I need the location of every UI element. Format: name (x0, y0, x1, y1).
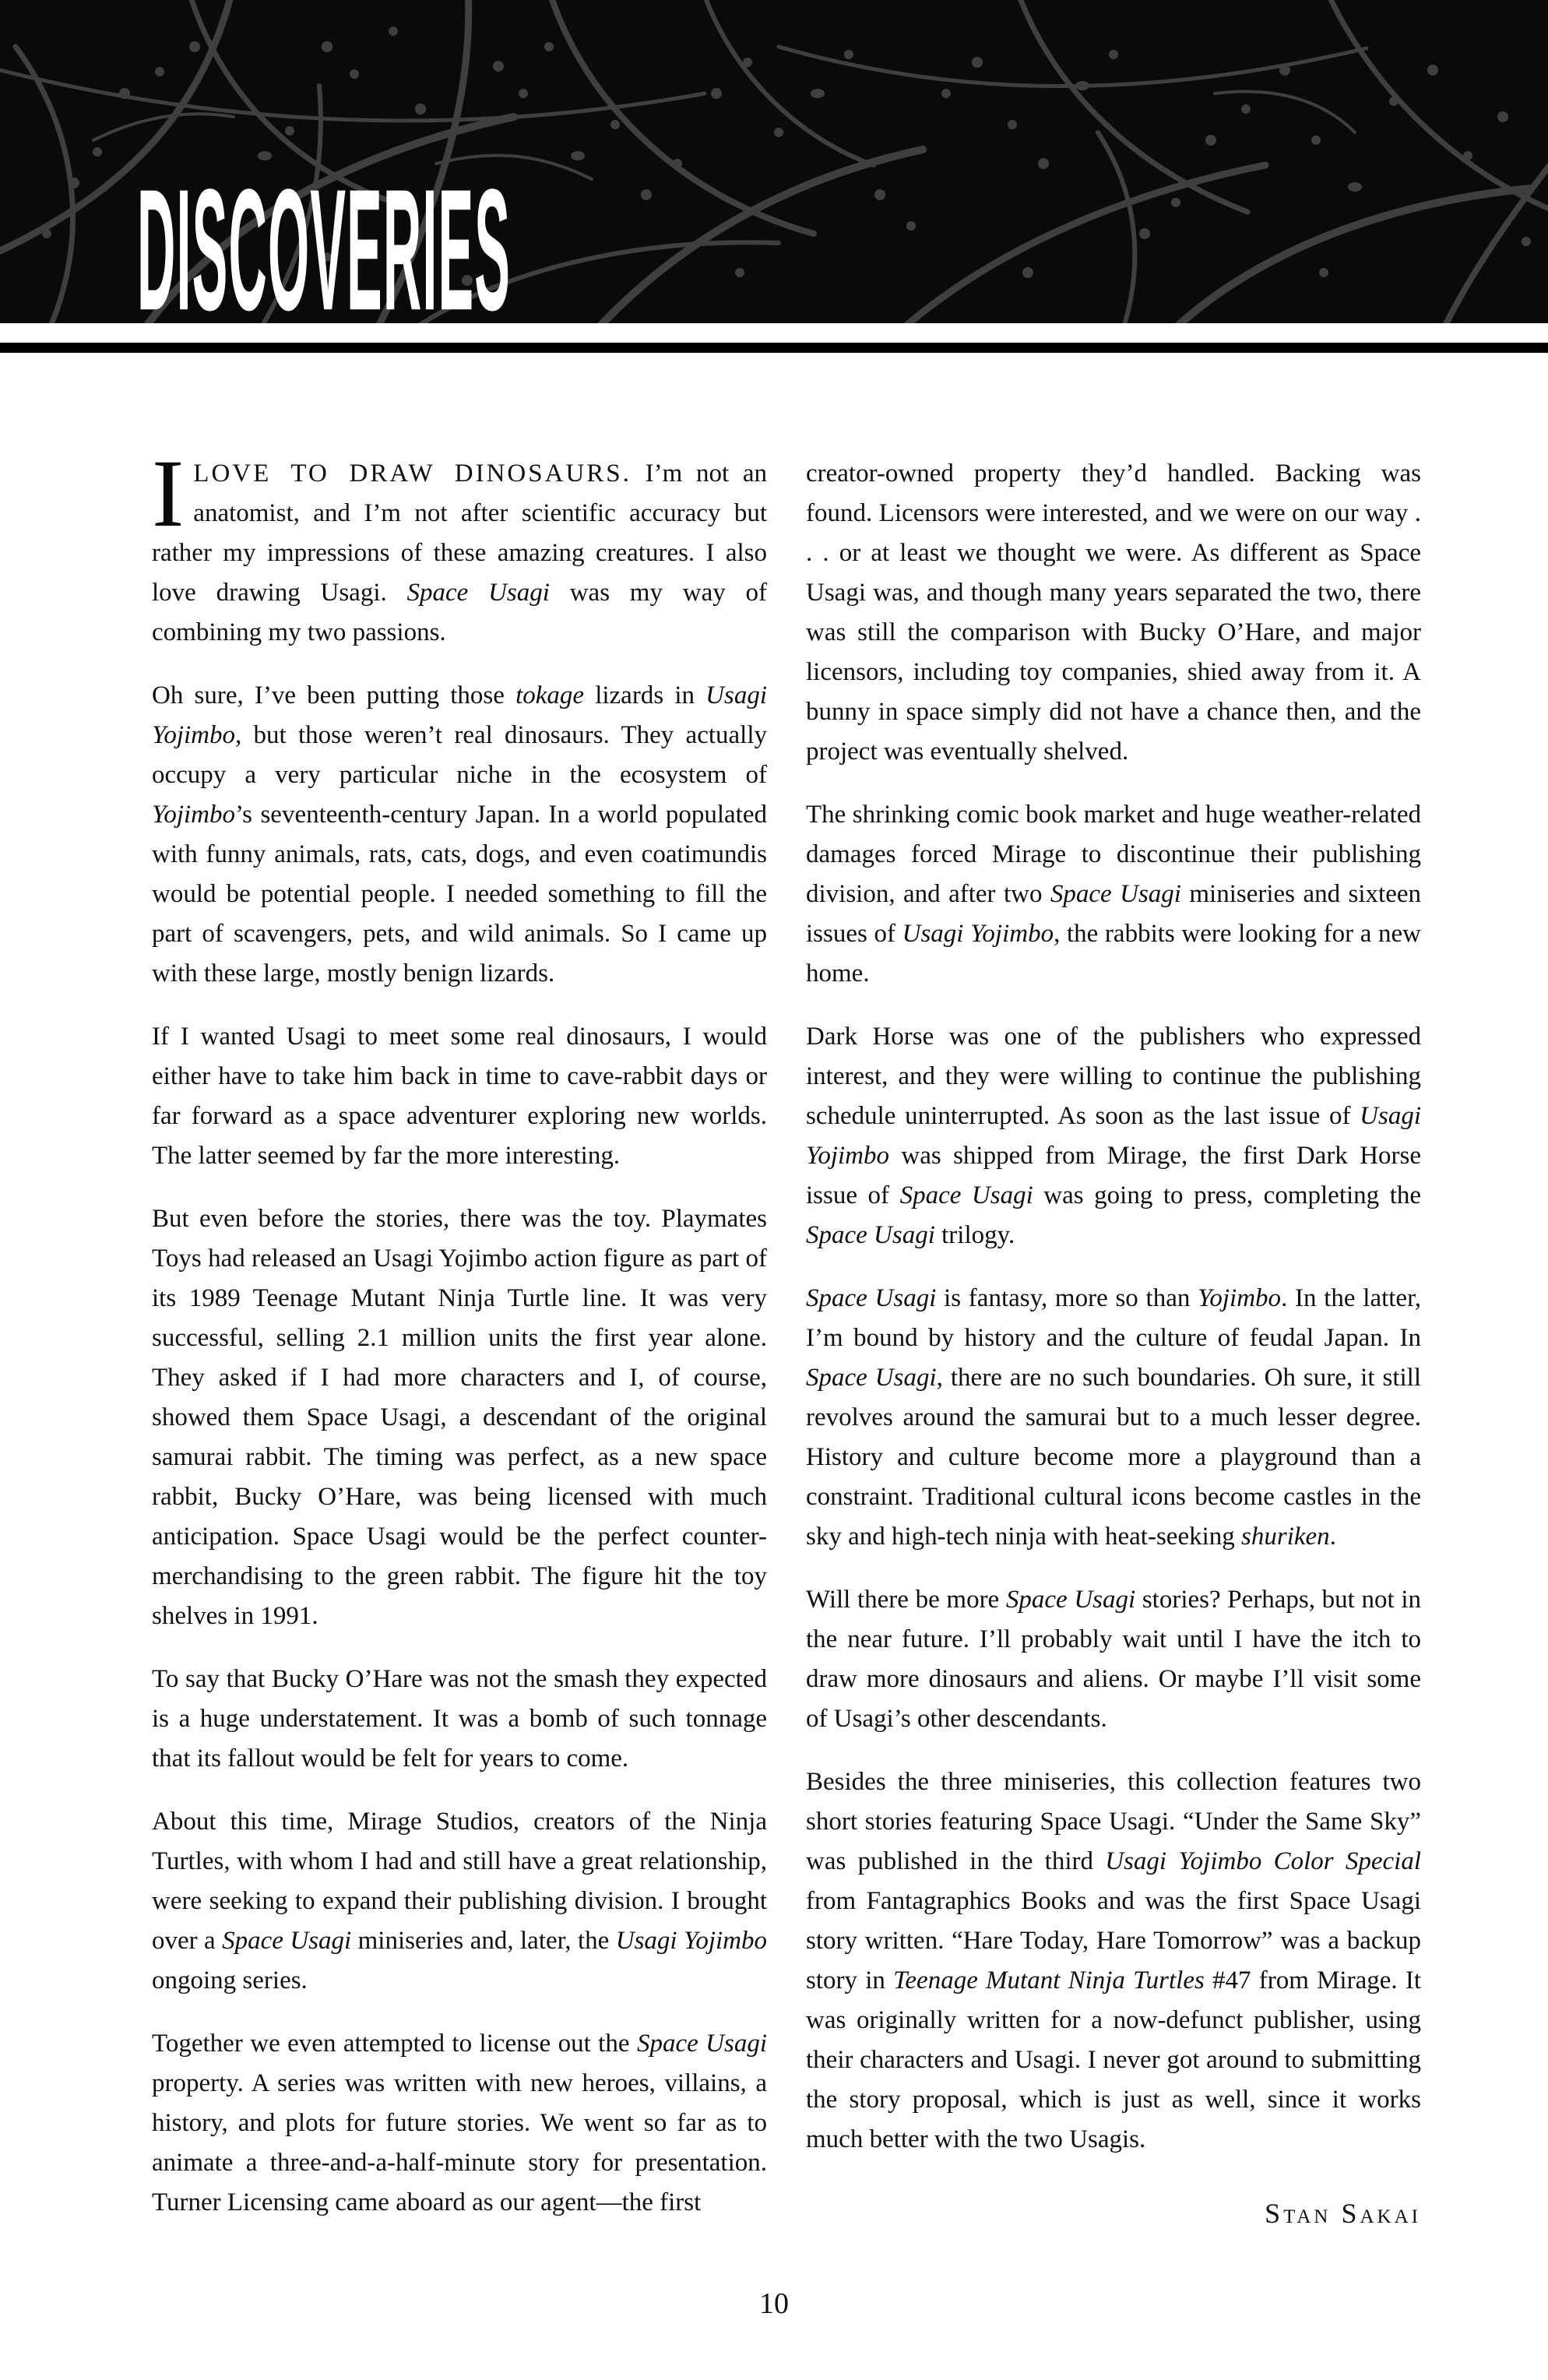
paragraph: ILOVE TO DRAW DINOSAURS. I’m not an anat… (152, 454, 767, 653)
body-text: Dark Horse was one of the publishers who… (806, 1023, 1421, 1130)
italic-text: Yojimbo (1198, 1284, 1281, 1312)
paragraph: But even before the stories, there was t… (152, 1199, 767, 1636)
italic-text: Teenage Mutant Ninja Turtles (893, 1966, 1205, 1994)
paragraph: The shrinking comic book market and huge… (806, 795, 1421, 994)
text-column-right: creator-owned property they’d handled. B… (806, 454, 1421, 2230)
body-text: Together we even attempted to license ou… (152, 2030, 637, 2058)
italic-text: Space Usagi (222, 1927, 351, 1955)
paragraph: creator-owned property they’d handled. B… (806, 454, 1421, 772)
page-title: DISCOVERIES (137, 188, 511, 312)
italic-text: Space Usagi (1006, 1586, 1135, 1614)
text-column-left: ILOVE TO DRAW DINOSAURS. I’m not an anat… (152, 454, 767, 2230)
paragraph: If I wanted Usagi to meet some real dino… (152, 1017, 767, 1176)
italic-text: Space Usagi (806, 1284, 936, 1312)
italic-text: Space Usagi (1050, 880, 1181, 908)
page-number: 10 (0, 2287, 1548, 2321)
italic-text: Usagi Yojimbo Color Special (1105, 1847, 1421, 1875)
lead-in-caps: LOVE TO DRAW DINOSAURS. (193, 459, 632, 488)
body-text: trilogy. (935, 1221, 1015, 1249)
body-text: . (1330, 1523, 1336, 1551)
chapter-header-banner: DISCOVERIES (0, 0, 1548, 323)
body-text: miniseries and, later, the (351, 1927, 616, 1955)
italic-text: Space Usagi (407, 579, 550, 607)
body-text: If I wanted Usagi to meet some real dino… (152, 1023, 767, 1170)
paragraph: Together we even attempted to license ou… (152, 2024, 767, 2223)
body-text: property. A series was written with new … (152, 2069, 767, 2216)
italic-text: tokage (515, 681, 584, 709)
italic-text: Space Usagi (637, 2030, 767, 2058)
body-text: Oh sure, I’ve been putting those (152, 681, 515, 709)
body-text: To say that Bucky O’Hare was not the sma… (152, 1665, 767, 1773)
italic-text: shuriken (1241, 1523, 1330, 1551)
paragraph: Besides the three miniseries, this colle… (806, 1762, 1421, 2160)
paragraph: Oh sure, I’ve been putting those tokage … (152, 676, 767, 994)
drop-cap: I (152, 454, 193, 530)
body-text: creator-owned property they’d handled. B… (806, 459, 1421, 766)
article-body: ILOVE TO DRAW DINOSAURS. I’m not an anat… (152, 454, 1421, 2230)
paragraph: About this time, Mirage Studios, creator… (152, 1802, 767, 2001)
body-text: #47 from Mirage. It was originally writt… (806, 1966, 1421, 2153)
paragraph: Dark Horse was one of the publishers who… (806, 1017, 1421, 1255)
italic-text: Space Usagi (900, 1181, 1033, 1209)
italic-text: Space Usagi (806, 1364, 937, 1392)
body-text: was going to press, completing the (1033, 1181, 1421, 1209)
italic-text: Space Usagi (806, 1221, 935, 1249)
italic-text: Yojimbo (152, 801, 235, 829)
body-text: But even before the stories, there was t… (152, 1205, 767, 1630)
paragraph: Space Usagi is fantasy, more so than Yoj… (806, 1279, 1421, 1557)
body-text: , but those weren’t real dinosaurs. They… (152, 721, 767, 789)
body-text: lizards in (584, 681, 705, 709)
author-signature: Stan Sakai (806, 2197, 1421, 2230)
body-text: ’s seventeenth-century Japan. In a world… (152, 801, 767, 988)
italic-text: Usagi Yojimbo (902, 920, 1054, 948)
body-text: ongoing series. (152, 1966, 308, 1994)
italic-text: Usagi Yojimbo (616, 1927, 767, 1955)
paragraph: To say that Bucky O’Hare was not the sma… (152, 1660, 767, 1779)
divider-rule (0, 343, 1548, 353)
book-page: DISCOVERIES ILOVE TO DRAW DINOSAURS. I’m… (0, 0, 1548, 2380)
paragraph: Will there be more Space Usagi stories? … (806, 1580, 1421, 1739)
body-text: Will there be more (806, 1586, 1006, 1614)
body-text: is fantasy, more so than (936, 1284, 1198, 1312)
